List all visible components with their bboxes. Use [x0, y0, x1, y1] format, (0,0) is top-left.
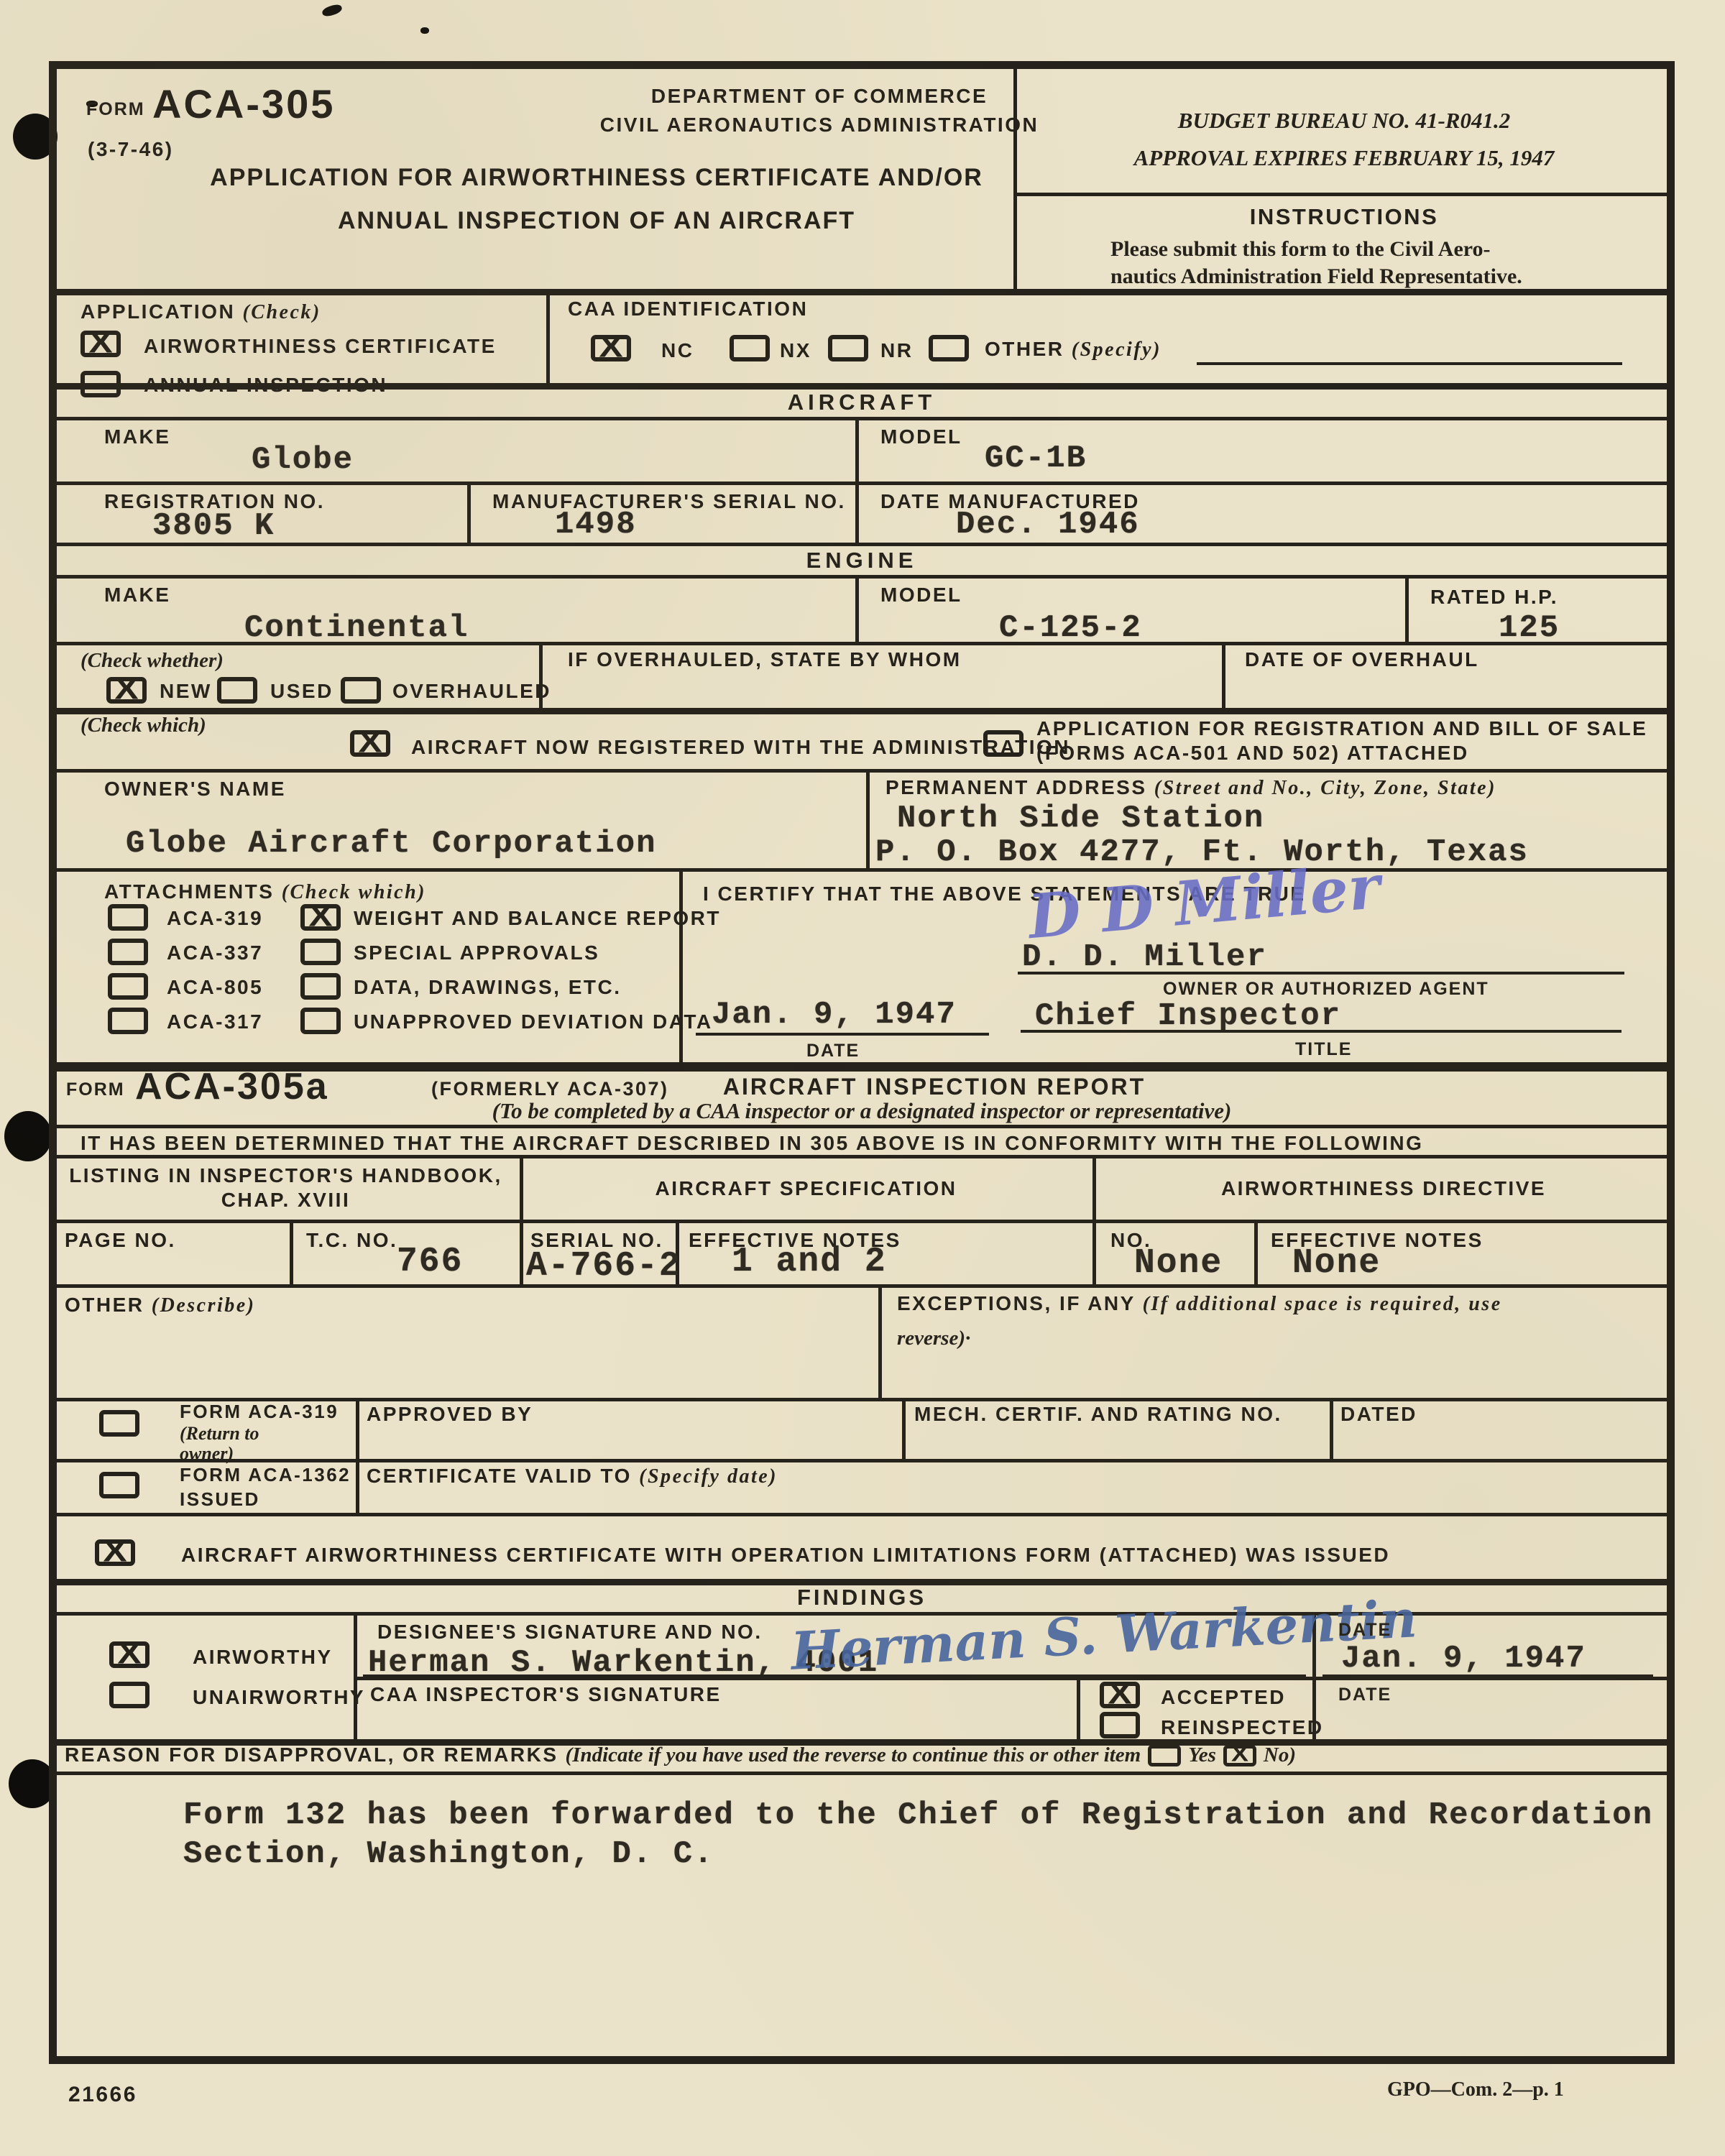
- listing-header-line2: CHAP. XVIII: [61, 1189, 510, 1212]
- aca-317-label: ACA-317: [167, 1010, 263, 1033]
- divider: [49, 482, 1675, 485]
- caa-other-specify-line[interactable]: [1197, 362, 1622, 365]
- caa-other-checkbox[interactable]: [929, 335, 969, 361]
- designee-signature-line: [363, 1674, 1306, 1677]
- form-title-line1: APPLICATION FOR AIRWORTHINESS CERTIFICAT…: [187, 164, 1006, 192]
- designee-signature-label: DESIGNEE'S SIGNATURE AND NO.: [377, 1621, 763, 1644]
- permanent-address-label: PERMANENT ADDRESS (Street and No., City,…: [885, 776, 1496, 800]
- divider: [49, 1125, 1675, 1128]
- unairworthy-checkbox[interactable]: [109, 1682, 149, 1708]
- valid-label-text: CERTIFICATE VALID TO: [367, 1465, 632, 1487]
- form-319-label: FORM ACA-319: [180, 1401, 339, 1423]
- application-label: APPLICATION (Check): [80, 300, 321, 324]
- airworthy-checkbox[interactable]: [109, 1641, 149, 1668]
- airworthiness-certificate-label: AIRWORTHINESS CERTIFICATE: [144, 335, 497, 358]
- check-which-label: (Check which): [80, 714, 206, 737]
- special-approvals-checkbox[interactable]: [300, 939, 341, 965]
- caa-date-label: DATE: [1338, 1685, 1391, 1705]
- aircraft-specification-header: AIRCRAFT SPECIFICATION: [520, 1177, 1092, 1200]
- engine-used-checkbox[interactable]: [217, 677, 257, 704]
- divider: [49, 708, 1675, 714]
- ink-speck: [321, 3, 344, 18]
- budget-bureau-line: BUDGET BUREAU NO. 41-R041.2: [1035, 108, 1653, 134]
- aca-805-checkbox[interactable]: [108, 973, 148, 1000]
- unairworthy-label: UNAIRWORTHY: [193, 1686, 365, 1709]
- aca-319-checkbox[interactable]: [108, 904, 148, 931]
- divider: [1330, 1398, 1333, 1459]
- exceptions-note2: reverse)·: [897, 1327, 970, 1350]
- footer-gpo-imprint: GPO—Com. 2—p. 1: [1387, 2078, 1564, 2101]
- accepted-checkbox[interactable]: [1100, 1682, 1140, 1708]
- department-line2: CIVIL AERONAUTICS ADMINISTRATION: [568, 114, 1071, 137]
- effective-notes-value: 1 and 2: [732, 1243, 887, 1281]
- unapproved-deviation-checkbox[interactable]: [300, 1008, 341, 1034]
- divider: [520, 1220, 523, 1284]
- serial-label: MANUFACTURER'S SERIAL NO.: [492, 490, 846, 513]
- aircraft-model-label: MODEL: [880, 425, 962, 448]
- divider: [290, 1220, 293, 1284]
- owner-role-label: OWNER OR AUTHORIZED AGENT: [1163, 979, 1489, 1000]
- form-label: FORM: [86, 99, 145, 120]
- divider: [1405, 575, 1409, 642]
- punch-hole: [4, 1111, 52, 1161]
- certification-title-label: TITLE: [1295, 1039, 1352, 1060]
- reinspected-label: REINSPECTED: [1161, 1716, 1324, 1739]
- engine-model-label: MODEL: [880, 584, 962, 607]
- remarks-row: REASON FOR DISAPPROVAL, OR REMARKS (Indi…: [65, 1743, 1296, 1767]
- caa-other-text: OTHER: [985, 338, 1064, 360]
- form-1362-issued-label: ISSUED: [180, 1489, 260, 1511]
- rated-hp-value: 125: [1499, 611, 1560, 645]
- caa-other-label: OTHER (Specify): [985, 338, 1161, 361]
- instructions-line2: nautics Administration Field Representat…: [1110, 264, 1522, 289]
- form-1362-label: FORM ACA-1362: [180, 1465, 351, 1486]
- other-label-text: OTHER: [65, 1294, 144, 1316]
- findings-section-title: FINDINGS: [49, 1585, 1675, 1611]
- data-drawings-checkbox[interactable]: [300, 973, 341, 1000]
- aircraft-model-value: GC-1B: [985, 441, 1087, 476]
- date-line: [696, 1033, 989, 1036]
- divider: [1013, 69, 1017, 289]
- form-1362-checkbox[interactable]: [99, 1472, 139, 1498]
- aca-337-checkbox[interactable]: [108, 939, 148, 965]
- caa-nx-label: NX: [780, 339, 811, 362]
- form-title-line2: ANNUAL INSPECTION OF AN AIRCRAFT: [187, 207, 1006, 235]
- divider: [356, 1398, 359, 1513]
- special-approvals-label: SPECIAL APPROVALS: [354, 941, 599, 964]
- form-319-checkbox[interactable]: [99, 1410, 139, 1437]
- owner-name-value: Globe Aircraft Corporation: [126, 826, 657, 861]
- divider: [49, 769, 1675, 773]
- divider: [49, 417, 1675, 420]
- attachments-label-text: ATTACHMENTS: [104, 880, 274, 903]
- divider: [546, 289, 550, 383]
- divider: [1013, 193, 1675, 196]
- engine-new-label: NEW: [160, 680, 212, 703]
- overhaul-date-label: DATE OF OVERHAUL: [1245, 648, 1479, 671]
- overhauled-by-label: IF OVERHAULED, STATE BY WHOM: [568, 648, 962, 671]
- divider: [49, 575, 1675, 579]
- address-label-note: (Street and No., City, Zone, State): [1154, 777, 1496, 799]
- certification-title-value: Chief Inspector: [1035, 999, 1341, 1033]
- caa-nr-label: NR: [880, 339, 913, 362]
- engine-make-value: Continental: [244, 611, 469, 645]
- caa-nx-checkbox[interactable]: [730, 335, 770, 361]
- registration-application-checkbox[interactable]: [983, 730, 1023, 757]
- aircraft-section-title: AIRCRAFT: [49, 390, 1675, 415]
- other-label-note: (Describe): [152, 1294, 256, 1317]
- check-whether-label: (Check whether): [80, 649, 224, 673]
- approval-expires-line: APPROVAL EXPIRES FEBRUARY 15, 1947: [1035, 145, 1653, 171]
- caa-nr-checkbox[interactable]: [828, 335, 868, 361]
- dated-label: DATED: [1340, 1403, 1417, 1426]
- report-serial-value: A-766-2: [526, 1248, 681, 1286]
- title-line: [1021, 1030, 1621, 1033]
- exceptions-label: EXCEPTIONS, IF ANY (If additional space …: [897, 1292, 1502, 1316]
- aca-319-label: ACA-319: [167, 907, 263, 930]
- exceptions-label-text: EXCEPTIONS, IF ANY: [897, 1292, 1135, 1314]
- attachments-label-note: (Check which): [282, 881, 426, 903]
- unapproved-deviation-label: UNAPPROVED DEVIATION DATA: [354, 1010, 713, 1033]
- remarks-body-line1: Form 132 has been forwarded to the Chief…: [183, 1798, 1653, 1833]
- instructions-title: INSTRUCTIONS: [1035, 204, 1653, 230]
- certification-date-value: Jan. 9, 1947: [712, 998, 957, 1032]
- address-label-text: PERMANENT ADDRESS: [885, 776, 1147, 798]
- data-drawings-label: DATA, DRAWINGS, ETC.: [354, 976, 622, 999]
- divider: [49, 543, 1675, 546]
- divider: [866, 769, 870, 868]
- divider: [354, 1612, 357, 1739]
- page-no-label: PAGE NO.: [65, 1229, 176, 1252]
- date-manufactured-value: Dec. 1946: [956, 507, 1140, 542]
- divider: [49, 1459, 1675, 1462]
- certificate-issued-statement: AIRCRAFT AIRWORTHINESS CERTIFICATE WITH …: [181, 1544, 1390, 1567]
- form-319-return-line1: (Return to: [180, 1423, 259, 1445]
- weight-balance-checkbox[interactable]: [300, 904, 341, 931]
- form-319-return-line2: owner): [180, 1443, 234, 1465]
- airworthy-label: AIRWORTHY: [193, 1646, 333, 1669]
- caa-identification-label: CAA IDENTIFICATION: [568, 298, 808, 321]
- remarks-body-line2: Section, Washington, D. C.: [183, 1837, 714, 1871]
- caa-nc-checkbox[interactable]: [591, 335, 631, 361]
- airworthiness-certificate-checkbox[interactable]: [80, 331, 121, 357]
- approved-by-label: APPROVED BY: [367, 1403, 533, 1426]
- remarks-yes-checkbox[interactable]: [1148, 1745, 1181, 1766]
- divider: [49, 1612, 1675, 1616]
- report-form-label: FORM: [66, 1079, 125, 1100]
- determination-statement: IT HAS BEEN DETERMINED THAT THE AIRCRAFT…: [80, 1132, 1423, 1155]
- caa-inspector-signature-label: CAA INSPECTOR'S SIGNATURE: [370, 1683, 722, 1706]
- registration-application-line1: APPLICATION FOR REGISTRATION AND BILL OF…: [1036, 717, 1647, 740]
- report-subtitle: (To be completed by a CAA inspector or a…: [49, 1098, 1675, 1124]
- registered-checkbox[interactable]: [350, 730, 390, 757]
- owner-name-label: OWNER'S NAME: [104, 778, 286, 801]
- ad-no-value: None: [1134, 1245, 1223, 1283]
- divider: [49, 1284, 1675, 1288]
- remarks-label: REASON FOR DISAPPROVAL, OR REMARKS: [65, 1743, 558, 1766]
- other-describe-label: OTHER (Describe): [65, 1294, 256, 1317]
- divider: [855, 417, 859, 543]
- engine-used-label: USED: [270, 680, 333, 703]
- findings-date-value: Jan. 9, 1947: [1341, 1641, 1586, 1676]
- aca-805-label: ACA-805: [167, 976, 263, 999]
- caa-nc-label: NC: [661, 339, 694, 362]
- aircraft-make-label: MAKE: [104, 425, 170, 448]
- engine-section-title: ENGINE: [49, 548, 1675, 573]
- ink-speck: [420, 27, 429, 34]
- report-title: AIRCRAFT INSPECTION REPORT: [575, 1074, 1294, 1100]
- divider: [1254, 1220, 1258, 1284]
- findings-date-line: [1322, 1674, 1653, 1677]
- certification-date-label: DATE: [806, 1041, 860, 1061]
- registration-application-line2: (FORMS ACA-501 AND 502) ATTACHED: [1036, 742, 1469, 765]
- weight-balance-label: WEIGHT AND BALANCE REPORT: [354, 907, 721, 930]
- engine-new-checkbox[interactable]: [106, 677, 147, 704]
- engine-overhauled-label: OVERHAULED: [392, 680, 551, 703]
- divider: [855, 575, 859, 642]
- mech-certif-label: MECH. CERTIF. AND RATING NO.: [914, 1403, 1282, 1426]
- footer-stock-number: 21666: [68, 2083, 137, 2108]
- tc-no-label: T.C. NO.: [306, 1229, 397, 1252]
- divider: [467, 482, 471, 543]
- listing-header-line1: LISTING IN INSPECTOR'S HANDBOOK,: [61, 1164, 510, 1187]
- form-number: ACA-305: [152, 80, 335, 127]
- owner-signature-typed: D. D. Miller: [1022, 940, 1267, 975]
- tc-no-value: 766: [397, 1243, 463, 1281]
- remarks-no-label: No): [1264, 1743, 1296, 1767]
- form-revision: (3-7-46): [88, 138, 174, 161]
- divider: [902, 1398, 906, 1459]
- aircraft-make-value: Globe: [252, 443, 354, 477]
- divider: [49, 289, 1675, 295]
- findings-date-label: DATE: [1338, 1620, 1391, 1641]
- aca-317-checkbox[interactable]: [108, 1008, 148, 1034]
- serial-value: 1498: [555, 507, 637, 542]
- engine-make-label: MAKE: [104, 584, 170, 607]
- address-line1-value: North Side Station: [897, 801, 1264, 836]
- registration-value: 3805 K: [152, 509, 275, 543]
- signature-line: [1018, 972, 1624, 975]
- valid-label-note: (Specify date): [639, 1465, 778, 1488]
- scanned-form-page: FORM ACA-305 (3-7-46) DEPARTMENT OF COMM…: [0, 0, 1725, 2156]
- aca-337-label: ACA-337: [167, 941, 263, 964]
- attachments-label: ATTACHMENTS (Check which): [104, 880, 426, 904]
- instructions-line1: Please submit this form to the Civil Aer…: [1110, 237, 1491, 262]
- certificate-issued-checkbox[interactable]: [95, 1539, 135, 1566]
- reinspected-checkbox[interactable]: [1100, 1712, 1140, 1738]
- rated-hp-label: RATED H.P.: [1430, 586, 1558, 609]
- remarks-yes-label: Yes: [1188, 1743, 1216, 1767]
- divider: [49, 1513, 1675, 1516]
- airworthiness-directive-header: AIRWORTHINESS DIRECTIVE: [1092, 1177, 1675, 1200]
- divider: [1222, 642, 1225, 708]
- address-line2-value: P. O. Box 4277, Ft. Worth, Texas: [875, 835, 1529, 870]
- engine-overhauled-checkbox[interactable]: [341, 677, 381, 704]
- remarks-note: (Indicate if you have used the reverse t…: [566, 1743, 1141, 1767]
- ad-effective-notes-value: None: [1292, 1245, 1381, 1283]
- application-label-text: APPLICATION: [80, 300, 235, 323]
- divider: [49, 1772, 1675, 1775]
- divider: [878, 1284, 882, 1398]
- engine-model-value: C-125-2: [999, 611, 1142, 645]
- divider: [49, 1155, 1675, 1158]
- registered-label: AIRCRAFT NOW REGISTERED WITH THE ADMINIS…: [411, 736, 1070, 759]
- department-line1: DEPARTMENT OF COMMERCE: [625, 85, 1013, 108]
- certificate-valid-label: CERTIFICATE VALID TO (Specify date): [367, 1465, 778, 1488]
- caa-other-note: (Specify): [1072, 338, 1161, 361]
- application-label-note: (Check): [242, 301, 321, 323]
- remarks-no-checkbox[interactable]: [1223, 1745, 1256, 1766]
- divider: [1077, 1677, 1080, 1739]
- exceptions-note1: (If additional space is required, use: [1143, 1293, 1502, 1315]
- accepted-label: ACCEPTED: [1161, 1686, 1286, 1709]
